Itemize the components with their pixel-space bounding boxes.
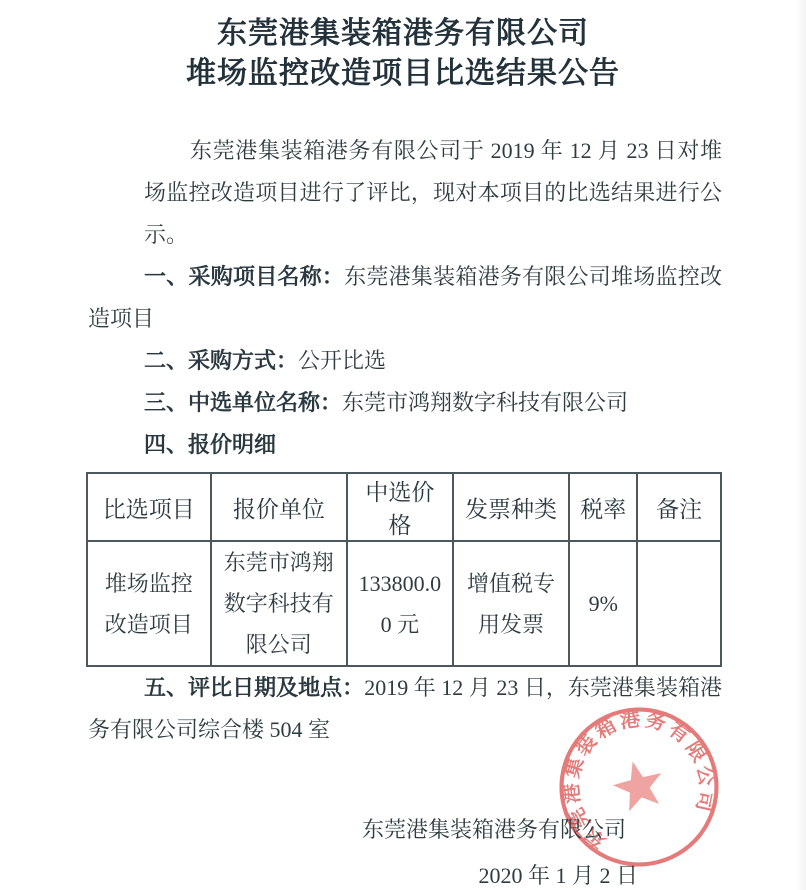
- item-quote-detail: 四、报价明细: [88, 424, 722, 466]
- table-row: 堆场监控改造项目 东莞市鸿翔数字科技有限公司 133800.00 元 增值税专用…: [87, 541, 721, 666]
- col-header-price: 中选价格: [347, 473, 453, 541]
- col-header-remarks: 备注: [637, 473, 721, 541]
- item-winning-bidder: 三、中选单位名称：东莞市鸿翔数字科技有限公司: [88, 382, 722, 424]
- cell-remarks: [637, 541, 721, 666]
- intro-paragraph: 东莞港集装箱港务有限公司于 2019 年 12 月 23 日对堆场监控改造项目进…: [144, 130, 722, 256]
- col-header-bidder: 报价单位: [211, 473, 348, 541]
- item-evaluation-date-place: 五、评比日期及地点：2019 年 12 月 23 日，东莞港集装箱港务有限公司综…: [88, 667, 722, 751]
- item-procurement-method: 二、采购方式：公开比选: [88, 340, 722, 382]
- cell-project: 堆场监控改造项目: [87, 541, 211, 666]
- signature-date: 2020 年 1 月 2 日: [88, 861, 722, 890]
- item-procurement-name: 一、采购项目名称：东莞港集装箱港务有限公司堆场监控改造项目: [88, 256, 722, 340]
- doc-body: 东莞港集装箱港务有限公司于 2019 年 12 月 23 日对堆场监控改造项目进…: [0, 130, 806, 890]
- document-page: 东莞港集装箱港务有限公司 堆场监控改造项目比选结果公告 东莞港集装箱港务有限公司…: [0, 0, 806, 890]
- item-2-value: 公开比选: [298, 348, 386, 373]
- item-2-label: 二、采购方式：: [144, 348, 298, 373]
- quote-table: 比选项目 报价单位 中选价格 发票种类 税率 备注 堆场监控改造项目 东莞市鸿翔…: [86, 472, 722, 667]
- cell-price: 133800.00 元: [347, 541, 453, 666]
- cell-tax-rate: 9%: [569, 541, 637, 666]
- cell-invoice-type: 增值税专用发票: [453, 541, 570, 666]
- col-header-invoice-type: 发票种类: [453, 473, 570, 541]
- col-header-project: 比选项目: [87, 473, 211, 541]
- col-header-tax-rate: 税率: [569, 473, 637, 541]
- cell-bidder: 东莞市鸿翔数字科技有限公司: [211, 541, 348, 666]
- table-header-row: 比选项目 报价单位 中选价格 发票种类 税率 备注: [87, 473, 721, 541]
- item-5-label: 五、评比日期及地点：: [144, 675, 364, 700]
- doc-title-line2: 堆场监控改造项目比选结果公告: [0, 54, 806, 94]
- signature-block: 东莞港集装箱港务有限公司 2020 年 1 月 2 日: [88, 815, 722, 890]
- item-4-label: 四、报价明细: [144, 432, 276, 457]
- doc-title-line1: 东莞港集装箱港务有限公司: [0, 14, 806, 54]
- item-3-label: 三、中选单位名称：: [144, 390, 342, 415]
- item-3-value: 东莞市鸿翔数字科技有限公司: [342, 390, 628, 415]
- signature-company: 东莞港集装箱港务有限公司: [88, 815, 722, 845]
- item-1-label: 一、采购项目名称：: [144, 264, 344, 289]
